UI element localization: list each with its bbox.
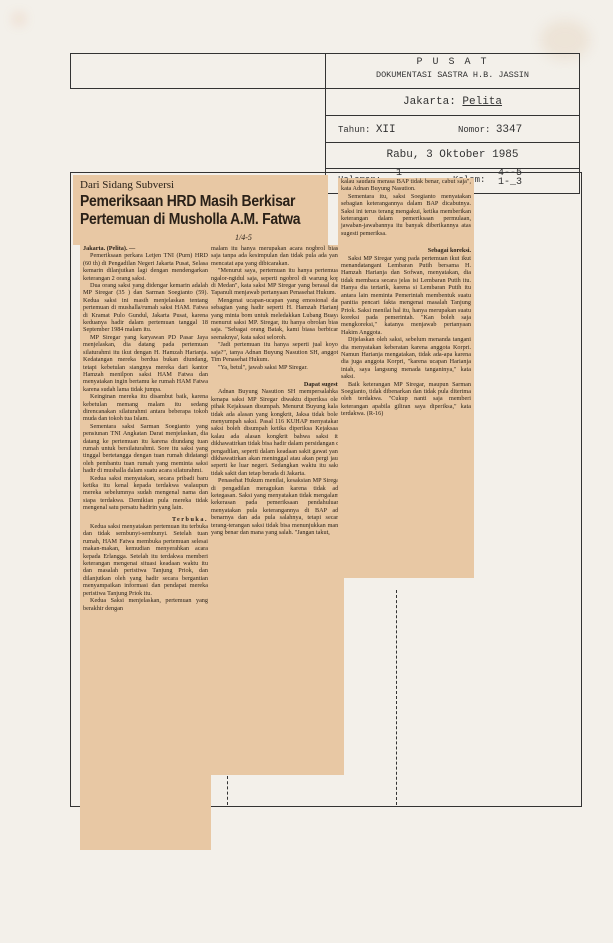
- headline-line1: Pemeriksaan HRD Masih Berkisar: [80, 193, 303, 211]
- column-divider-2: [396, 590, 397, 805]
- paragraph: Sementara itu, saksi Soegianto menyataka…: [341, 193, 471, 237]
- paragraph: Adnan Buyung Nasution SH mempersalahkan …: [211, 388, 341, 477]
- publication-box: Jakarta: Pelita: [325, 88, 580, 115]
- issue-box: Tahun: XII Nomor: 3347: [325, 115, 580, 142]
- paragraph: Pemeriksaan perkara Letjen TNI (Purn) HR…: [83, 252, 208, 282]
- nomor-value: 3347: [496, 124, 522, 136]
- subheading-sebagai-koreksi: Sebagai koreksi.: [341, 247, 471, 254]
- paragraph: Keinginan mereka itu disambut baik, kare…: [83, 393, 208, 423]
- paragraph: Dua orang saksi yang didengar kemarin ad…: [83, 282, 208, 334]
- publication-name: Pelita: [462, 96, 502, 108]
- tahun-label: Tahun:: [338, 125, 370, 135]
- paragraph: Kedua Saksi menjelaskan, pertemuan yang …: [83, 597, 208, 612]
- nomor-label: Nomor:: [458, 125, 490, 135]
- article-column-2: malam itu hanya merupakan acara nogbrol …: [208, 245, 344, 775]
- dateline: Jakarta. (Pelita). —: [83, 245, 208, 252]
- tahun-value: XII: [376, 124, 396, 136]
- institution-line2: DOKUMENTASI SASTRA H.B. JASSIN: [326, 70, 579, 80]
- paragraph: MP Siregar yang karyawan PD Pasar Jaya m…: [83, 334, 208, 393]
- subheading-terbuka: Terbuka.: [83, 516, 208, 523]
- paragraph: Mengenai ucapan-ucapan yang emosional da…: [211, 297, 341, 341]
- paragraph: Dijelaskan oleh saksi, sebelum menanda t…: [341, 336, 471, 380]
- paragraph: "Menurut saya, pertemuan itu hanya perte…: [211, 267, 341, 297]
- paragraph: Kedua saksi menyatakan, secara pribadi b…: [83, 475, 208, 512]
- article-column-1: Jakarta. (Pelita). — Pemeriksaan perkara…: [80, 245, 211, 850]
- paragraph: malam itu hanya merupakan acara nogbrol …: [211, 245, 341, 267]
- paragraph: Penasehat Hukum menilai, kesaksian MP Si…: [211, 477, 341, 536]
- header-left-box: [70, 53, 326, 89]
- paragraph: "Ya, betul", jawab saksi MP Siregar.: [211, 364, 341, 371]
- issue-date: Rabu, 3 Oktober 1985: [326, 149, 579, 161]
- date-box: Rabu, 3 Oktober 1985: [325, 142, 580, 168]
- subheading-dapat-sugesti: Dapat sugesti.: [211, 381, 341, 388]
- column-divider-1: [227, 776, 228, 805]
- handwritten-note: 1/4-5: [235, 233, 252, 242]
- paragraph: Baik keterangan MP Siregar, maupun Sarma…: [341, 381, 471, 418]
- paragraph: kalau saudara merasa BAP tidak benar, ca…: [341, 178, 471, 193]
- city-label: Jakarta:: [403, 96, 456, 108]
- paragraph: Saksi MP Siregar yang pada pertemuan iku…: [341, 255, 471, 336]
- paragraph: "Jadi pertemuan itu hanya seperti jual k…: [211, 341, 341, 363]
- institution-box: P U S A T DOKUMENTASI SASTRA H.B. JASSIN: [325, 53, 580, 88]
- article-kicker: Dari Sidang Subversi: [80, 179, 328, 191]
- paragraph: Kedua saksi menyatakan pertemuan itu ter…: [83, 523, 208, 597]
- institution-line1: P U S A T: [326, 57, 579, 68]
- headline-clipping: Dari Sidang Subversi Pemeriksaan HRD Mas…: [73, 175, 328, 245]
- paragraph: Sementara saksi Sarman Soegianto yang pe…: [83, 423, 208, 475]
- headline-line2: Pertemuan di Musholla A.M. Fatwa: [80, 211, 303, 229]
- article-column-3: kalau saudara merasa BAP tidak benar, ca…: [338, 178, 474, 578]
